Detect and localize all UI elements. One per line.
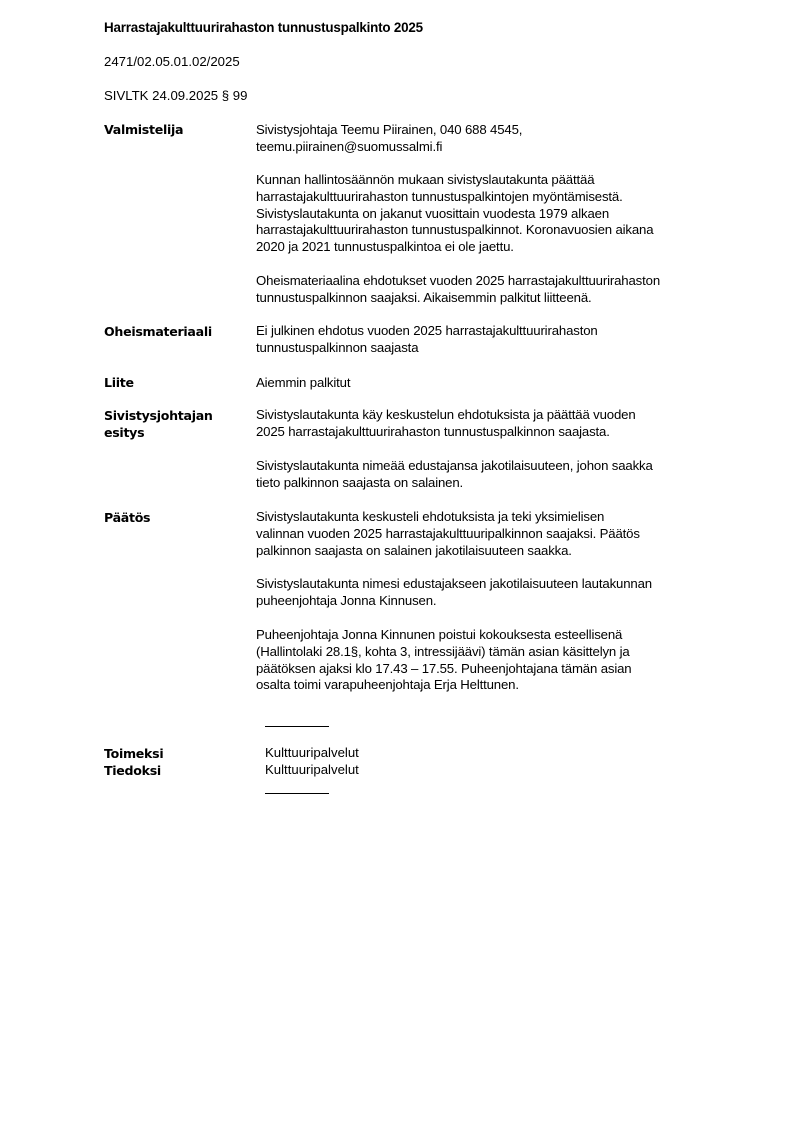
label-paatos: Päätös xyxy=(104,509,150,526)
document-title: Harrastajakulttuurirahaston tunnustuspal… xyxy=(104,20,423,35)
esitys-proposal: Sivistyslautakunta käy keskustelun ehdot… xyxy=(256,407,726,441)
label-oheismateriaali: Oheismateriaali xyxy=(104,323,212,340)
paatos-decision: Sivistyslautakunta keskusteli ehdotuksis… xyxy=(256,509,726,559)
valmistelija-contact: Sivistysjohtaja Teemu Piirainen, 040 688… xyxy=(256,122,726,156)
divider-rule xyxy=(265,726,329,727)
text-line: tunnustuspalkinnon saajaksi. Aikaisemmin… xyxy=(256,290,726,307)
text-line: Oheismateriaalina ehdotukset vuoden 2025… xyxy=(256,273,726,290)
text-line: 2020 ja 2021 tunnustuspalkintoa ei ole j… xyxy=(256,239,726,256)
text-line: päätöksen ajaksi klo 17.43 – 17.55. Puhe… xyxy=(256,661,726,678)
liite-text: Aiemmin palkitut xyxy=(256,375,726,392)
valmistelija-materials: Oheismateriaalina ehdotukset vuoden 2025… xyxy=(256,273,726,307)
text-line: Ei julkinen ehdotus vuoden 2025 harrasta… xyxy=(256,323,726,340)
text-line: tunnustuspalkinnon saajasta xyxy=(256,340,726,357)
text-line: osalta toimi varapuheenjohtaja Erja Helt… xyxy=(256,677,726,694)
text-line: palkinnon saajasta on salainen jakotilai… xyxy=(256,543,726,560)
label-line: esitys xyxy=(104,424,213,441)
label-toimeksi: Toimeksi xyxy=(104,745,163,762)
divider-rule xyxy=(265,793,329,794)
toimeksi-value: Kulttuuripalvelut xyxy=(265,745,359,762)
tiedoksi-value: Kulttuuripalvelut xyxy=(265,762,359,779)
document-page: Harrastajakulttuurirahaston tunnustuspal… xyxy=(0,0,794,1122)
valmistelija-background: Kunnan hallintosäännön mukaan sivistysla… xyxy=(256,172,726,256)
label-tiedoksi: Tiedoksi xyxy=(104,762,161,779)
label-line: Sivistysjohtajan xyxy=(104,407,213,424)
text-line: Puheenjohtaja Jonna Kinnunen poistui kok… xyxy=(256,627,726,644)
attachment-text: Aiemmin palkitut xyxy=(256,375,726,392)
text-line: puheenjohtaja Jonna Kinnusen. xyxy=(256,593,726,610)
text-line: harrastajakulttuurirahaston tunnustuspal… xyxy=(256,189,726,206)
meeting-reference: SIVLTK 24.09.2025 § 99 xyxy=(104,88,247,103)
text-line: valinnan vuoden 2025 harrastajakulttuuri… xyxy=(256,526,726,543)
text-line: Sivistyslautakunta on jakanut vuosittain… xyxy=(256,206,726,223)
email-text: teemu.piirainen@suomussalmi.fi xyxy=(256,139,726,156)
text-line: harrastajakulttuurirahaston tunnustuspal… xyxy=(256,222,726,239)
paatos-representative: Sivistyslautakunta nimesi edustajakseen … xyxy=(256,576,726,610)
oheismateriaali-text: Ei julkinen ehdotus vuoden 2025 harrasta… xyxy=(256,323,726,357)
paatos-disqualification: Puheenjohtaja Jonna Kinnunen poistui kok… xyxy=(256,627,726,694)
text-line: Sivistyslautakunta keskusteli ehdotuksis… xyxy=(256,509,726,526)
label-valmistelija: Valmistelija xyxy=(104,121,183,138)
text-line: Sivistysjohtaja Teemu Piirainen, 040 688… xyxy=(256,122,726,139)
text-line: Sivistyslautakunta nimesi edustajakseen … xyxy=(256,576,726,593)
record-id: 2471/02.05.01.02/2025 xyxy=(104,54,240,69)
esitys-representative: Sivistyslautakunta nimeää edustajansa ja… xyxy=(256,458,726,492)
text-line: tieto palkinnon saajasta on salainen. xyxy=(256,475,726,492)
text-line: Sivistyslautakunta nimeää edustajansa ja… xyxy=(256,458,726,475)
label-esitys: Sivistysjohtajan esitys xyxy=(104,407,213,441)
text-line: (Hallintolaki 28.1§, kohta 3, intressijä… xyxy=(256,644,726,661)
text-line: 2025 harrastajakulttuurirahaston tunnust… xyxy=(256,424,726,441)
label-liite: Liite xyxy=(104,374,134,391)
text-line: Sivistyslautakunta käy keskustelun ehdot… xyxy=(256,407,726,424)
text-line: Kunnan hallintosäännön mukaan sivistysla… xyxy=(256,172,726,189)
